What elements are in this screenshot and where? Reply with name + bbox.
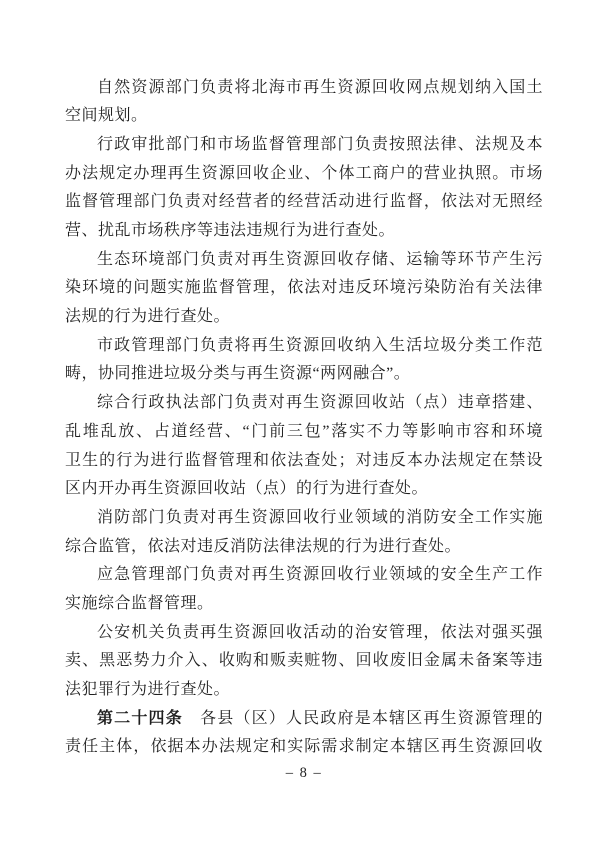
text-line: 法规的行为进行查处。: [65, 303, 543, 332]
text-line: 自然资源部门负责将北海市再生资源回收网点规划纳入国土: [65, 74, 543, 103]
text-line: 卫生的行为进行监督管理和依法查处；对违反本办法规定在禁设: [65, 447, 543, 476]
text-line: 空间规划。: [65, 102, 543, 131]
text-line: 区内开办再生资源回收站（点）的行为进行查处。: [65, 475, 543, 504]
paragraph: 应急管理部门负责对再生资源回收行业领域的安全生产工作实施综合监督管理。: [65, 561, 543, 618]
paragraph: 生态环境部门负责对再生资源回收存储、运输等环节产生污染环境的问题实施监督管理，依…: [65, 246, 543, 332]
text-line: 综合行政执法部门负责对再生资源回收站（点）违章搭建、: [65, 389, 543, 418]
paragraph: 市政管理部门负责将再生资源回收纳入生活垃圾分类工作范畴，协同推进垃圾分类与再生资…: [65, 332, 543, 389]
paragraph: 行政审批部门和市场监督管理部门负责按照法律、法规及本办法规定办理再生资源回收企业…: [65, 131, 543, 246]
text-line: 畴，协同推进垃圾分类与再生资源“两网融合”。: [65, 360, 543, 389]
page-number: – 8 –: [65, 765, 543, 782]
text-line: 综合监管，依法对违反消防法律法规的行为进行查处。: [65, 533, 543, 562]
text-line: 实施综合监督管理。: [65, 590, 543, 619]
text-line: 应急管理部门负责对再生资源回收行业领域的安全生产工作: [65, 561, 543, 590]
text-line: 卖、黑恶势力介入、收购和贩卖赃物、回收废旧金属未备案等违: [65, 647, 543, 676]
text-line: 行政审批部门和市场监督管理部门负责按照法律、法规及本: [65, 131, 543, 160]
paragraph: 自然资源部门负责将北海市再生资源回收网点规划纳入国土空间规划。: [65, 74, 543, 131]
article-number: 第二十四条: [97, 710, 183, 727]
text-line: 责任主体，依据本办法规定和实际需求制定本辖区再生资源回收: [65, 733, 543, 762]
text-line: 消防部门负责对再生资源回收行业领域的消防安全工作实施: [65, 504, 543, 533]
text-line: 监督管理部门负责对经营者的经营活动进行监督，依法对无照经: [65, 188, 543, 217]
text-line: 公安机关负责再生资源回收活动的治安管理，依法对强买强: [65, 619, 543, 648]
text-block: 自然资源部门负责将北海市再生资源回收网点规划纳入国土空间规划。行政审批部门和市场…: [65, 74, 543, 763]
text-line: 营、扰乱市场秩序等违法违规行为进行查处。: [65, 217, 543, 246]
paragraph: 消防部门负责对再生资源回收行业领域的消防安全工作实施综合监管，依法对违反消防法律…: [65, 504, 543, 561]
paragraph: 第二十四条 各县（区）人民政府是本辖区再生资源管理的责任主体，依据本办法规定和实…: [65, 705, 543, 762]
document-page: 自然资源部门负责将北海市再生资源回收网点规划纳入国土空间规划。行政审批部门和市场…: [0, 0, 600, 848]
text-line: 生态环境部门负责对再生资源回收存储、运输等环节产生污: [65, 246, 543, 275]
text-line: 办法规定办理再生资源回收企业、个体工商户的营业执照。市场: [65, 160, 543, 189]
text-line: 市政管理部门负责将再生资源回收纳入生活垃圾分类工作范: [65, 332, 543, 361]
text-line: 染环境的问题实施监督管理，依法对违反环境污染防治有关法律: [65, 274, 543, 303]
text-line: 乱堆乱放、占道经营、“门前三包”落实不力等影响市容和环境: [65, 418, 543, 447]
text-line: 第二十四条 各县（区）人民政府是本辖区再生资源管理的: [65, 705, 543, 734]
paragraph: 公安机关负责再生资源回收活动的治安管理，依法对强买强卖、黑恶势力介入、收购和贩卖…: [65, 619, 543, 705]
text-line: 法犯罪行为进行查处。: [65, 676, 543, 705]
paragraph: 综合行政执法部门负责对再生资源回收站（点）违章搭建、乱堆乱放、占道经营、“门前三…: [65, 389, 543, 504]
